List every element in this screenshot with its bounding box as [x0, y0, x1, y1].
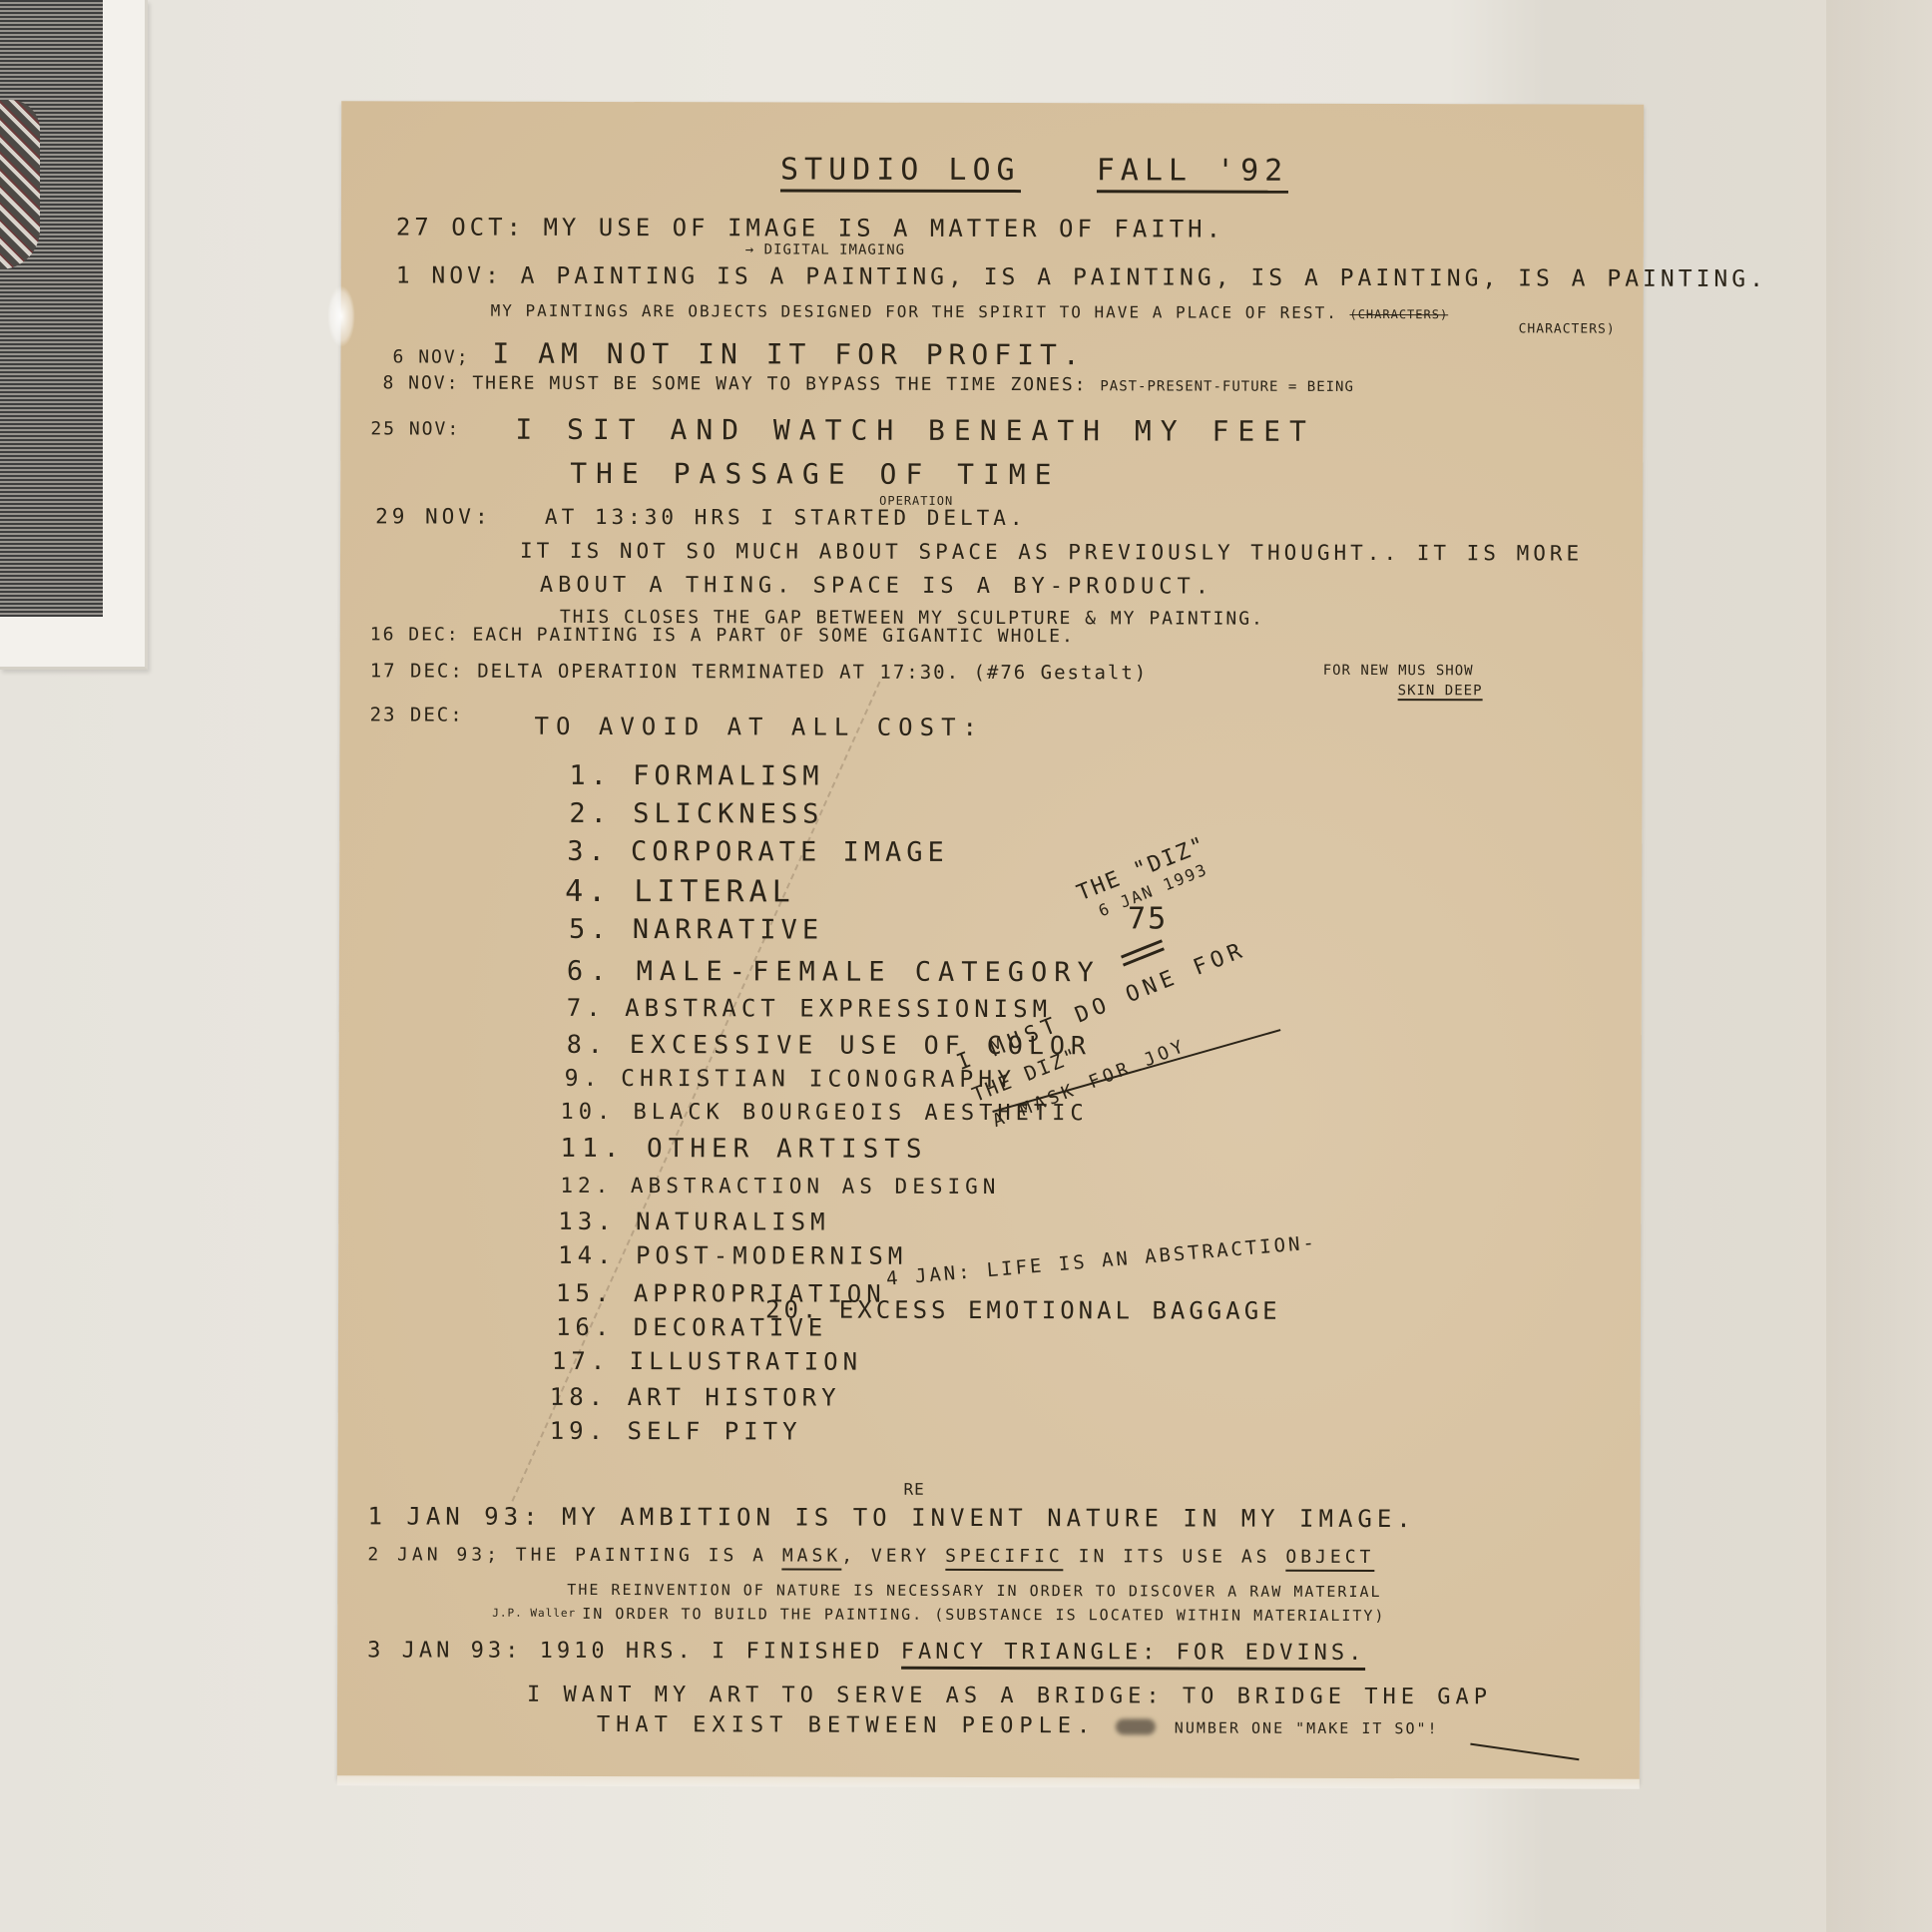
entry-text: THERE MUST BE SOME WAY TO BYPASS THE TIM… — [472, 373, 1087, 396]
entry-date: 17 DEC: — [370, 660, 464, 682]
word-specific: SPECIFIC — [945, 1546, 1064, 1571]
list-item: 14. POST-MODERNISM — [558, 1241, 907, 1270]
entry-date: 29 NOV: — [375, 504, 492, 528]
list-item: 18. ART HISTORY — [550, 1383, 841, 1412]
correction-characters: CHARACTERS) — [1519, 321, 1616, 336]
list-item: 12. ABSTRACTION AS DESIGN — [560, 1174, 1000, 1199]
list-item: 4. LITERAL — [565, 874, 795, 910]
entry-paren: (#76 Gestalt) — [973, 662, 1148, 684]
entry-text: IN ITS USE AS — [1079, 1546, 1271, 1568]
note-skin-deep: SKIN DEEP — [1398, 683, 1483, 701]
entry-tail: PAST-PRESENT-FUTURE = BEING — [1100, 378, 1354, 395]
entry-text: 1910 HRS. I FINISHED — [540, 1639, 884, 1665]
word-object: OBJECT — [1285, 1547, 1374, 1572]
entry-3-jan-line3: THAT EXIST BETWEEN PEOPLE. NUMBER ONE "M… — [597, 1712, 1439, 1739]
insert-re: RE — [904, 1480, 925, 1499]
list-item: 11. OTHER ARTISTS — [560, 1134, 927, 1165]
entry-17-dec: 17 DEC: DELTA OPERATION TERMINATED AT 17… — [370, 660, 1149, 684]
list-item: 2. SLICKNESS — [569, 798, 823, 830]
list-item: 7. ABSTRACT EXPRESSIONISM — [567, 994, 1052, 1023]
list-item: 17. ILLUSTRATION — [552, 1347, 862, 1376]
entry-25-nov-line2: THE PASSAGE OF TIME — [570, 457, 1060, 491]
list-item: 5. NARRATIVE — [569, 914, 823, 946]
word-mask: MASK — [782, 1545, 841, 1570]
entry-date: 6 NOV; — [393, 346, 470, 367]
entry-2-jan-93: 2 JAN 93; THE PAINTING IS A MASK, VERY S… — [367, 1544, 1374, 1568]
list-item: 20. EXCESS EMOTIONAL BAGGAGE — [765, 1295, 1281, 1324]
entry-text: INVENT NATURE IN MY IMAGE. — [911, 1504, 1416, 1533]
list-item: 19. SELF PITY — [550, 1417, 802, 1446]
photograph-figure — [0, 100, 40, 269]
entry-2-jan-line3: IN ORDER TO BUILD THE PAINTING. (SUBSTAN… — [582, 1605, 1385, 1625]
entry-27-oct: 27 OCT: MY USE OF IMAGE IS A MATTER OF F… — [396, 213, 1224, 242]
struck-word: (CHARACTERS) — [1349, 307, 1448, 321]
page-title: STUDIO LOG FALL '92 — [780, 152, 1288, 188]
entry-date: 8 NOV: — [382, 372, 459, 393]
initials: J.P. Waller — [492, 1607, 576, 1620]
ink-smudge — [1116, 1718, 1156, 1734]
entry-1-nov-line2: MY PAINTINGS ARE OBJECTS DESIGNED FOR TH… — [491, 301, 1449, 323]
entry-text: , VERY — [841, 1546, 930, 1567]
entry-text: A PAINTING IS A PAINTING, IS A PAINTING,… — [521, 263, 1767, 292]
entry-29-nov-line3: ABOUT A THING. SPACE IS A BY-PRODUCT. — [540, 573, 1213, 600]
entry-3-jan-93: 3 JAN 93: 1910 HRS. I FINISHED FANCY TRI… — [367, 1638, 1365, 1666]
entry-date: 1 NOV: — [396, 262, 503, 288]
paper-torn-edge — [337, 1775, 1640, 1788]
entry-text: THAT EXIST BETWEEN PEOPLE. — [597, 1712, 1096, 1738]
list-item: 6. MALE-FEMALE CATEGORY — [567, 956, 1101, 988]
entry-4-jan: 4 JAN: LIFE IS AN ABSTRACTION- — [885, 1231, 1317, 1290]
note-new-mus-show: FOR NEW MUS SHOW — [1323, 663, 1474, 679]
entry-23-dec-text: TO AVOID AT ALL COST: — [535, 713, 985, 741]
entry-29-nov: 29 NOV: AT 13:30 HRS I STARTED DELTA. — [375, 504, 1027, 530]
entry-date: 3 JAN 93: — [367, 1638, 522, 1663]
entry-date: 2 JAN 93; — [367, 1544, 501, 1565]
entry-tail: NUMBER ONE "MAKE IT SO"! — [1175, 1718, 1439, 1737]
annotation-digital-imaging: → DIGITAL IMAGING — [745, 241, 905, 257]
entry-text: EACH PAINTING IS A PART OF SOME GIGANTIC… — [472, 625, 1074, 648]
entry-2-jan-line2: THE REINVENTION OF NATURE IS NECESSARY I… — [567, 1581, 1381, 1601]
closing-stroke — [1470, 1743, 1579, 1761]
entry-1-jan-93: 1 JAN 93: MY AMBITION IS TO INVENT NATUR… — [367, 1502, 1415, 1533]
entry-29-nov-line2: IT IS NOT SO MUCH ABOUT SPACE AS PREVIOU… — [520, 539, 1583, 566]
diz-number: 75 — [1128, 901, 1168, 936]
entry-text: MY AMBITION IS TO — [562, 1503, 892, 1532]
wall-shadow — [1826, 0, 1932, 1932]
entry-text: AT 13:30 HRS I STARTED DELTA. — [545, 505, 1027, 530]
entry-date: 1 JAN 93: — [367, 1502, 542, 1530]
entry-text: MY PAINTINGS ARE OBJECTS DESIGNED FOR TH… — [491, 301, 1338, 322]
avoid-list: 1. FORMALISM 2. SLICKNESS 3. CORPORATE I… — [341, 101, 1644, 104]
entry-6-nov: 6 NOV; I AM NOT IN IT FOR PROFIT. — [392, 336, 1085, 371]
entry-16-dec: 16 DEC: EACH PAINTING IS A PART OF SOME … — [370, 624, 1075, 647]
entry-23-dec-date: 23 DEC: — [370, 704, 464, 725]
diz-underline — [1123, 947, 1165, 966]
entry-text: THE PAINTING IS A — [516, 1545, 767, 1567]
entry-1-nov: 1 NOV: A PAINTING IS A PAINTING, IS A PA… — [396, 262, 1767, 292]
list-item: 9. CHRISTIAN ICONOGRAPHY — [565, 1066, 1016, 1093]
list-item: 3. CORPORATE IMAGE — [567, 836, 949, 868]
title-text: STUDIO LOG — [780, 152, 1021, 193]
entry-date: 27 OCT: — [396, 213, 525, 241]
title-fancy-triangle: FANCY TRIANGLE: FOR EDVINS. — [901, 1640, 1366, 1671]
title-season: FALL '92 — [1097, 153, 1289, 194]
entry-text: DELTA OPERATION TERMINATED AT 17:30. — [477, 661, 960, 684]
entry-25-nov-line1: I SIT AND WATCH BENEATH MY FEET — [515, 413, 1315, 448]
handwritten-studio-log-page: STUDIO LOG FALL '92 27 OCT: MY USE OF IM… — [337, 101, 1644, 1782]
entry-text: MY USE OF IMAGE IS A MATTER OF FAITH. — [543, 214, 1224, 243]
entry-text: I AM NOT IN IT FOR PROFIT. — [492, 337, 1085, 372]
entry-25-nov-date: 25 NOV: — [370, 418, 460, 439]
list-item: 1. FORMALISM — [569, 760, 823, 792]
entry-3-jan-line2: I WANT MY ART TO SERVE AS A BRIDGE: TO B… — [527, 1683, 1492, 1710]
photograph-image — [0, 0, 103, 617]
entry-date: 16 DEC: — [370, 624, 460, 645]
entry-8-nov: 8 NOV: THERE MUST BE SOME WAY TO BYPASS … — [382, 372, 1354, 396]
list-item: 13. NATURALISM — [558, 1207, 829, 1236]
framed-photograph — [0, 0, 148, 670]
glass-glare — [327, 285, 355, 347]
